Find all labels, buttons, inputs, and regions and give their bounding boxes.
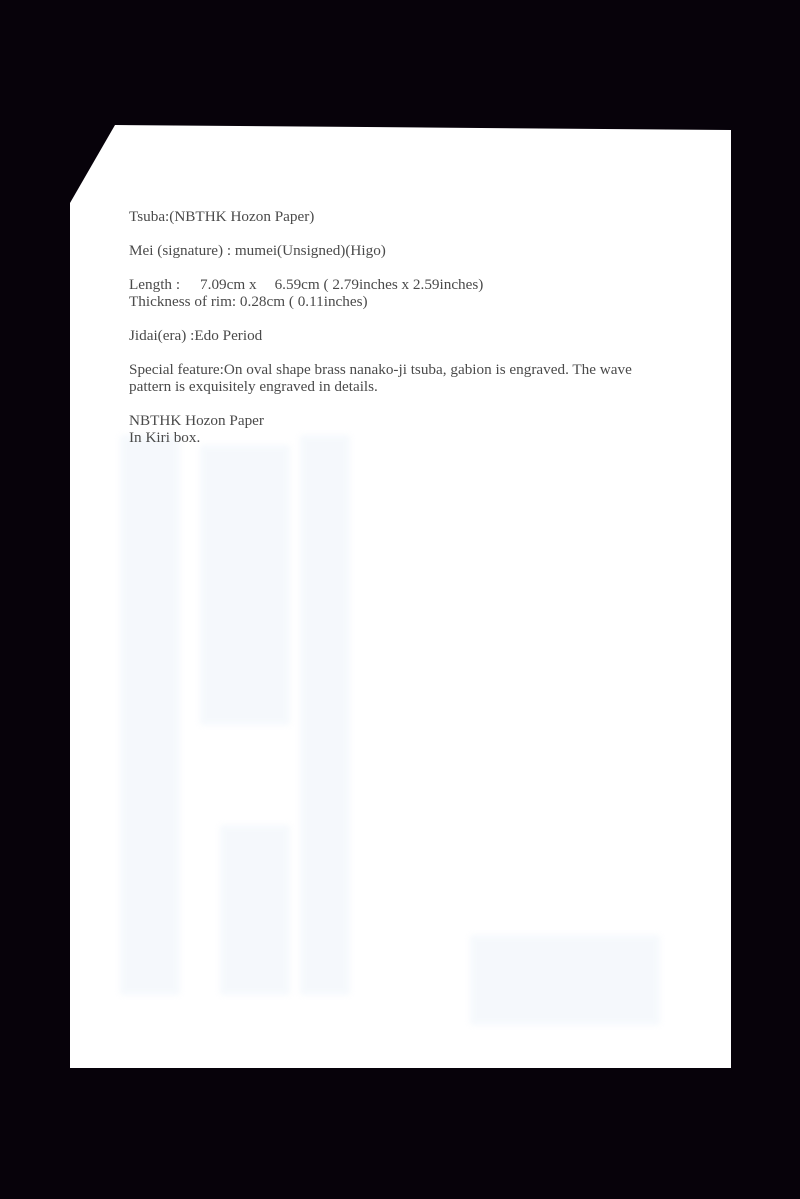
length-value-b: 6.59cm ( 2.79inches x 2.59inches) [275, 276, 484, 293]
paper-line: NBTHK Hozon Paper [129, 412, 669, 429]
document-body: Tsuba:(NBTHK Hozon Paper) Mei (signature… [129, 208, 669, 446]
bleed-through-middle-column [200, 445, 290, 725]
title-line: Tsuba:(NBTHK Hozon Paper) [129, 208, 669, 225]
length-value-a: 7.09cm x [200, 276, 257, 293]
scanned-paper: Tsuba:(NBTHK Hozon Paper) Mei (signature… [70, 125, 731, 1068]
bleed-through-right-column [300, 435, 350, 995]
length-line: Length :7.09cm x6.59cm ( 2.79inches x 2.… [129, 276, 669, 293]
jidai-line: Jidai(era) :Edo Period [129, 327, 669, 344]
bleed-through-left-column [120, 435, 180, 995]
thickness-line: Thickness of rim: 0.28cm ( 0.11inches) [129, 293, 669, 310]
length-label: Length : [129, 276, 180, 293]
bleed-through-bottom-right [470, 935, 660, 1025]
bleed-through-lower-left [220, 825, 290, 995]
special-feature: Special feature:On oval shape brass nana… [129, 361, 669, 395]
mei-line: Mei (signature) : mumei(Unsigned)(Higo) [129, 242, 669, 259]
box-line: In Kiri box. [129, 429, 669, 446]
